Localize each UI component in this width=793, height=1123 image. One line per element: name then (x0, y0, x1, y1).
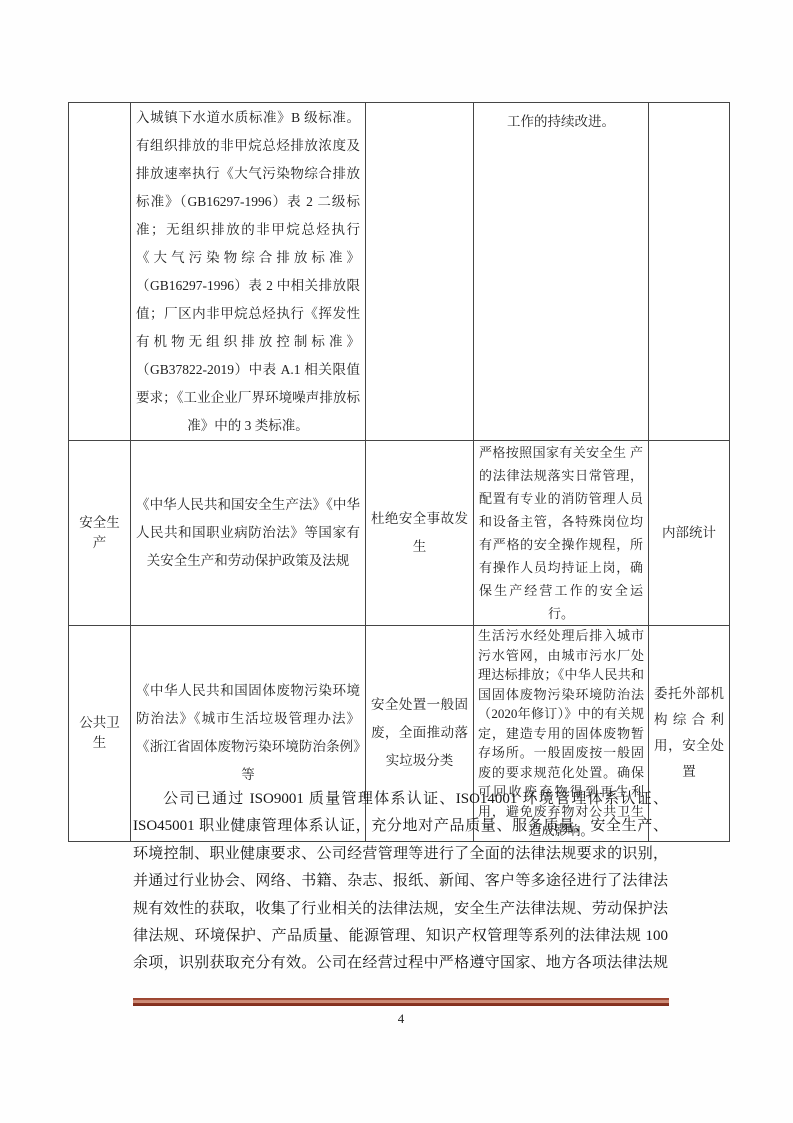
cell-r3-category: 公共卫生 (69, 626, 131, 842)
document-page: 入城镇下水道水质标准》B 级标准。有组织排放的非甲烷总烃排放浓度及排放速率执行《… (0, 0, 793, 1123)
table-row: 入城镇下水道水质标准》B 级标准。有组织排放的非甲烷总烃排放浓度及排放速率执行《… (69, 103, 730, 441)
paragraph-line-3: 环境控制、职业健康要求、公司经营管理等进行了全面的法律法规要求的识别， (133, 841, 668, 868)
cell-r1-source (649, 103, 730, 441)
cell-r2-goal: 杜绝安全事故发生 (366, 441, 474, 626)
paragraph-line-6: 律法规、环境保护、产品质量、能源管理、知识产权管理等系列的法律法规 100 (133, 923, 668, 950)
compliance-table: 入城镇下水道水质标准》B 级标准。有组织排放的非甲烷总烃排放浓度及排放速率执行《… (68, 102, 730, 842)
body-paragraph: 公司已通过 ISO9001 质量管理体系认证、ISO14001 环境管理体系认证… (133, 786, 668, 978)
paragraph-line-2: ISO45001 职业健康管理体系认证，充分地对产品质量、服务质量、安全生产、 (133, 813, 668, 840)
paragraph-line-7: 余项，识别获取充分有效。公司在经营过程中严格遵守国家、地方各项法律法规 (133, 950, 668, 977)
page-number: 4 (133, 1011, 669, 1027)
table-row: 安全生产 《中华人民共和国安全生产法》《中华人民共和国职业病防治法》等国家有关安… (69, 441, 730, 626)
footer-rule (133, 998, 669, 1006)
cell-r1-goal (366, 103, 474, 441)
paragraph-line-4: 并通过行业协会、网络、书籍、杂志、报纸、新闻、客户等多途径进行了法律法 (133, 868, 668, 895)
cell-r1-laws: 入城镇下水道水质标准》B 级标准。有组织排放的非甲烷总烃排放浓度及排放速率执行《… (131, 103, 366, 441)
cell-r2-category: 安全生产 (69, 441, 131, 626)
cell-r2-measures: 严格按照国家有关安全生 产的法律法规落实日常管理，配置有专业的消防管理人员和设备… (474, 441, 649, 626)
cell-r1-measures: 工作的持续改进。 (474, 103, 649, 441)
cell-r2-laws: 《中华人民共和国安全生产法》《中华人民共和国职业病防治法》等国家有关安全生产和劳… (131, 441, 366, 626)
cell-r2-source: 内部统计 (649, 441, 730, 626)
paragraph-line-5: 规有效性的获取，收集了行业相关的法律法规，安全生产法律法规、劳动保护法 (133, 896, 668, 923)
cell-r1-category (69, 103, 131, 441)
paragraph-line-1: 公司已通过 ISO9001 质量管理体系认证、ISO14001 环境管理体系认证… (133, 786, 668, 813)
